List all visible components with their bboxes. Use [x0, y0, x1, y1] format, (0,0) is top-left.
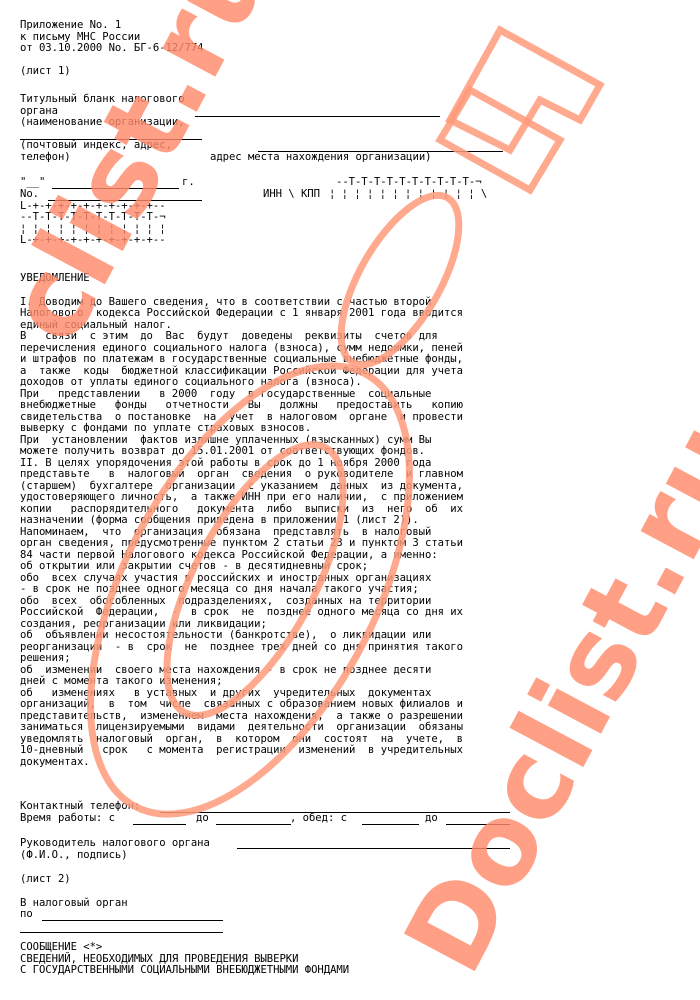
notice-line: дней с момента такого изменения;: [20, 676, 223, 688]
notice-line: В связи с этим до Вас будут доведены рек…: [20, 331, 438, 343]
notice-line: документах.: [20, 757, 90, 769]
lunch-label: , обед: с: [290, 813, 347, 825]
sheet2-label: (лист 2): [20, 874, 71, 886]
grid-line-d: L-+-+-+-+-+-+-+-+-+-+--: [20, 235, 166, 247]
tax-authority-field-1[interactable]: [42, 920, 223, 921]
notice-line: можете получить возврат до 15.01.2001 от…: [20, 446, 425, 458]
message-subtitle-2: С ГОСУДАРСТВЕННЫМИ СОЦИАЛЬНЫМИ ВНЕБЮДЖЕТ…: [20, 965, 349, 977]
notice-line: заниматься лицензируемыми видами деятель…: [20, 722, 463, 734]
notice-line: организаций, в том числе связанных с обр…: [20, 699, 463, 711]
notice-heading: УВЕДОМЛЕНИЕ: [20, 273, 90, 285]
date-line: [52, 188, 179, 189]
grid-line-b: --T-T-T-T-T-T-T-T-T-T-¬: [20, 212, 166, 224]
head-label: Руководитель налогового органа: [20, 838, 210, 850]
inn-kpp-grid[interactable]: ¦ ¦ ¦ ¦ ¦ ¦ ¦ ¦ ¦ ¦ ¦ ¦ \: [329, 189, 487, 201]
notice-line: орган сведения, предусмотренные пунктом …: [20, 538, 463, 550]
notice-line: выверку с фондами по уплате страховых вз…: [20, 423, 311, 435]
postal-label-1: (почтовый индекс, адрес,: [20, 140, 172, 152]
notice-line: назначении (форма сообщения приведена в …: [20, 515, 419, 527]
message-title: СООБЩЕНИЕ <*>: [20, 942, 102, 954]
notice-line: и штрафов по платежам в государственные …: [20, 354, 463, 366]
appendix-number: Приложение No. 1: [20, 20, 121, 32]
work-from-field[interactable]: [133, 824, 186, 825]
location-label: адрес места нахождения организации): [210, 152, 431, 164]
notice-line: внебюджетные фонды отчетности Вы должны …: [20, 400, 463, 412]
notice-line: Российской Федерации, - в срок не поздне…: [20, 607, 463, 619]
work-to-field[interactable]: [216, 824, 291, 825]
notice-line: об открытии или закрытии счетов - в деся…: [20, 561, 368, 573]
notice-line: реорганизации - в срок не позднее трех д…: [20, 642, 463, 654]
lunch-to-field[interactable]: [446, 824, 510, 825]
notice-line: об объявлении несостоятельности (банкрот…: [20, 630, 431, 642]
by-label: по: [20, 909, 33, 921]
year-suffix: г.: [182, 177, 195, 189]
notice-line: 10-дневный срок с момента регистрации из…: [20, 745, 463, 757]
org-name-label: (наименование организации,: [20, 117, 185, 129]
document-page: Приложение No. 1 к письму МНС России от …: [0, 0, 700, 1000]
postal-label-2: телефон): [20, 152, 71, 164]
notice-line: удостоверяющего личность, а также ИНН пр…: [20, 492, 463, 504]
notice-line: представьте в налоговый орган сведения о…: [20, 469, 463, 481]
contact-phone-label: Контактный телефон:: [20, 801, 140, 813]
notice-line: Налогового кодекса Российской Федерации …: [20, 308, 463, 320]
lunch-from-field[interactable]: [362, 824, 419, 825]
lunch-to-label: до: [425, 813, 438, 825]
inn-grid-top: --T-T-T-T-T-T-T-T-T-T-¬: [336, 177, 482, 189]
inn-kpp-label: ИНН \ КПП: [263, 189, 320, 201]
to-tax-authority: В налоговый орган: [20, 898, 128, 910]
sheet1-label: (лист 1): [20, 66, 71, 78]
signature-hint: (Ф.И.О., подпись): [20, 850, 128, 862]
notice-line: - в срок не позднее одного месяца со дня…: [20, 584, 419, 596]
tax-authority-field-2[interactable]: [20, 932, 223, 933]
work-to-label: до: [196, 813, 209, 825]
work-hours-label: Время работы: с: [20, 813, 115, 825]
tax-authority-name-line: [195, 116, 440, 117]
title-line-1: Титульный бланк налогового: [20, 94, 185, 106]
notice-line: решения;: [20, 653, 71, 665]
letter-date-number: от 03.10.2000 No. БГ-6-12/774: [20, 43, 204, 55]
date-quote: "__": [20, 177, 45, 189]
number-label: No.: [20, 189, 39, 201]
notice-line: доходов от уплаты единого социального на…: [20, 377, 362, 389]
head-signature-field[interactable]: [237, 848, 510, 849]
